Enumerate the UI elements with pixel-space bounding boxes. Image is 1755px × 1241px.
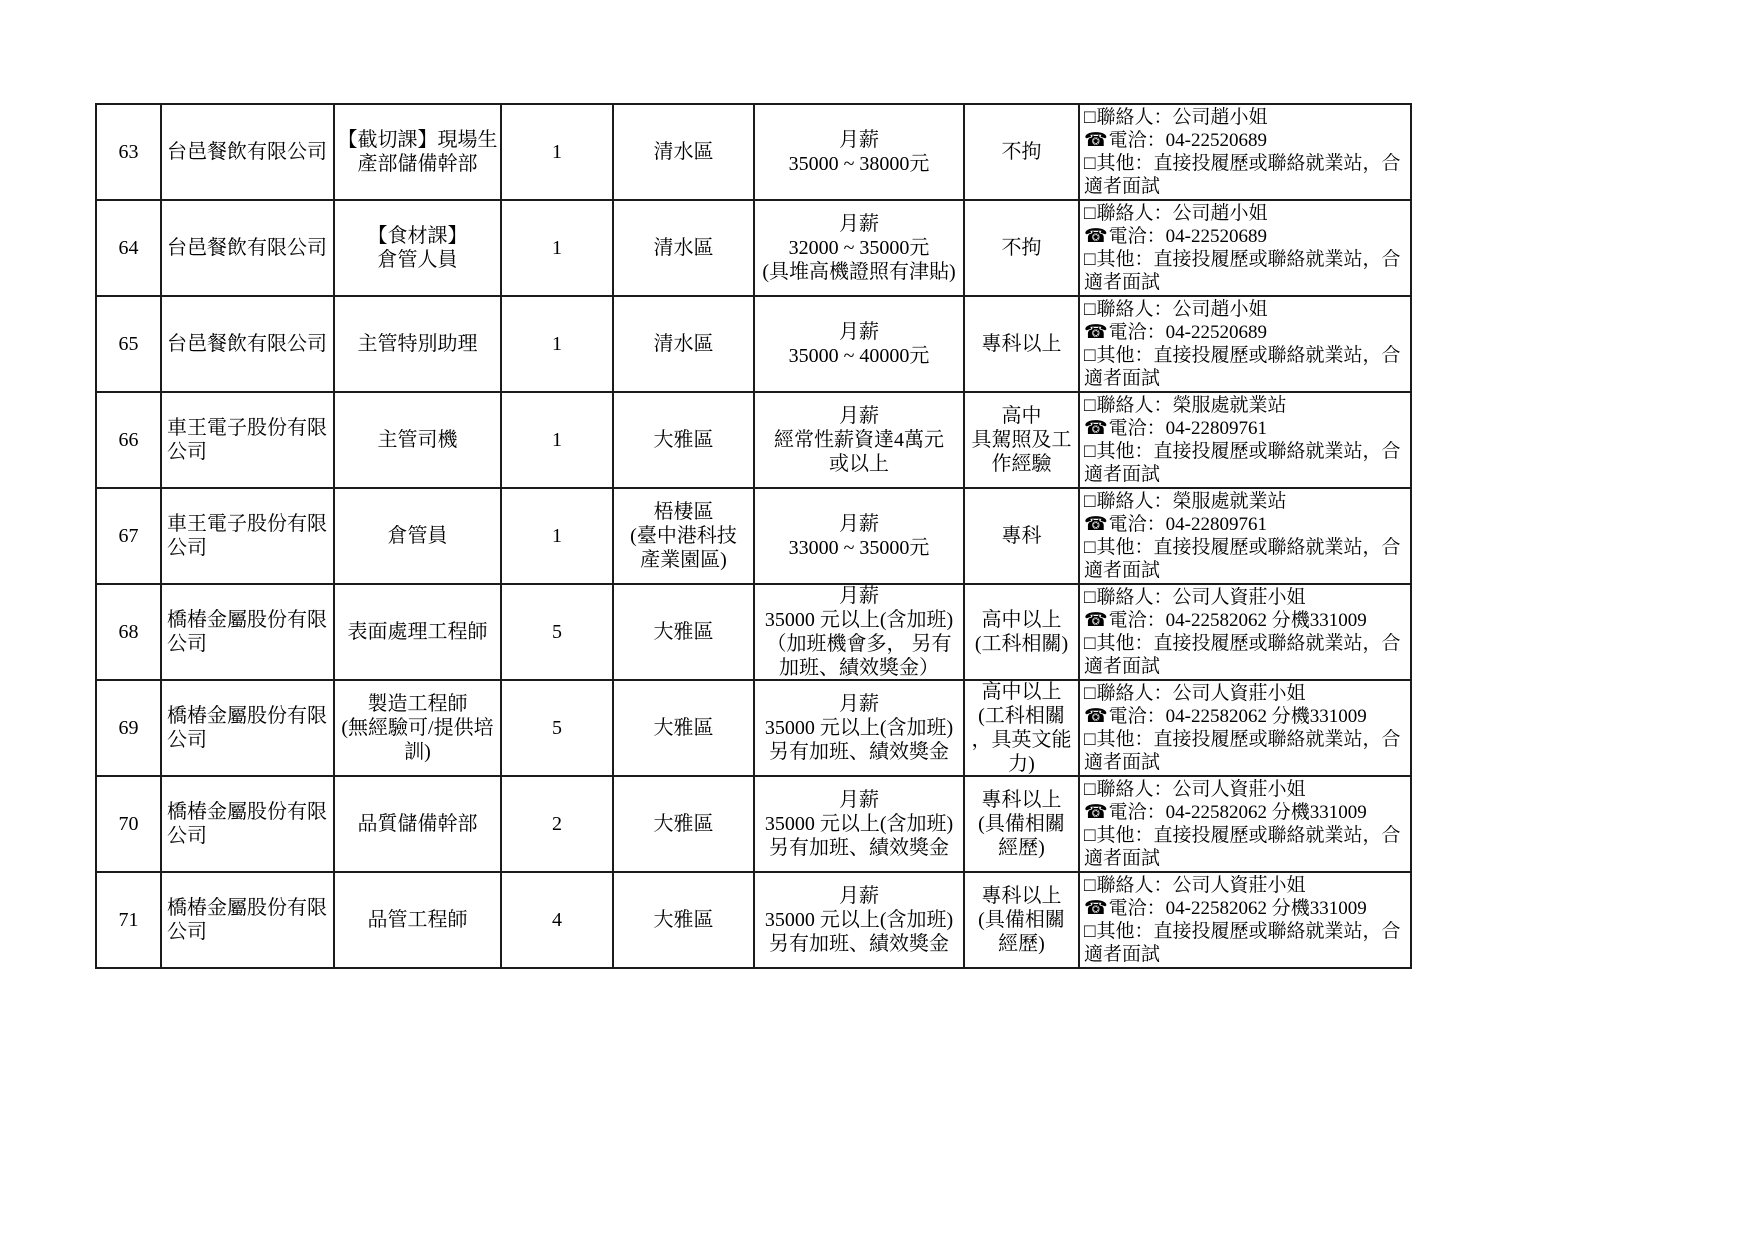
company-cell: 台邑餐飲有限公司 — [161, 200, 334, 296]
company-cell: 車王電子股份有限 公司 — [161, 392, 334, 488]
location-cell: 清水區 — [613, 200, 754, 296]
company-cell: 橋椿金屬股份有限 公司 — [161, 776, 334, 872]
job-title-cell: 品質儲備幹部 — [334, 776, 501, 872]
row-number-cell: 66 — [96, 392, 161, 488]
salary-cell: 月薪 經常性薪資達4萬元 或以上 — [754, 392, 964, 488]
contact-cell: □聯絡人：公司趙小姐 ☎電洽：04-22520689 □其他：直接投履歷或聯絡就… — [1079, 200, 1411, 296]
contact-phone-line: ☎電洽：04-22520689 — [1084, 129, 1408, 152]
contact-person-text: 聯絡人：公司人資莊小姐 — [1096, 779, 1305, 800]
row-number-cell: 67 — [96, 488, 161, 584]
contact-person-line: □聯絡人：榮服處就業站 — [1084, 394, 1408, 417]
salary-cell: 月薪 32000 ~ 35000元 (具堆高機證照有津貼) — [754, 200, 964, 296]
phone-icon: ☎ — [1084, 322, 1108, 343]
contact-phone-text: 電洽：04-22582062 分機331009 — [1109, 898, 1367, 919]
job-listings-table: 63 台邑餐飲有限公司 【截切課】現場生 產部儲備幹部 1 清水區 月薪 350… — [95, 103, 1412, 969]
salary-cell: 月薪 33000 ~ 35000元 — [754, 488, 964, 584]
jobs-table-body: 63 台邑餐飲有限公司 【截切課】現場生 產部儲備幹部 1 清水區 月薪 350… — [96, 104, 1411, 968]
company-cell: 橋椿金屬股份有限 公司 — [161, 680, 334, 776]
job-title-cell: 【食材課】 倉管人員 — [334, 200, 501, 296]
company-cell: 台邑餐飲有限公司 — [161, 296, 334, 392]
job-title-cell: 品管工程師 — [334, 872, 501, 968]
contact-other-text: 其他：直接投履歷或聯絡就業站，合適者面試 — [1084, 537, 1401, 581]
requirement-cell: 專科以上 (具備相關 經歷) — [964, 872, 1079, 968]
contact-person-line: □聯絡人：公司人資莊小姐 — [1084, 682, 1408, 705]
contact-person-line: □聯絡人：榮服處就業站 — [1084, 490, 1408, 513]
job-title-cell: 主管司機 — [334, 392, 501, 488]
openings-cell: 2 — [501, 776, 613, 872]
checkbox-icon: □ — [1084, 875, 1095, 896]
row-number-cell: 65 — [96, 296, 161, 392]
table-row: 69 橋椿金屬股份有限 公司 製造工程師 (無經驗可/提供培 訓) 5 大雅區 … — [96, 680, 1411, 776]
openings-cell: 4 — [501, 872, 613, 968]
phone-icon: ☎ — [1084, 898, 1108, 919]
requirement-cell: 高中 具駕照及工 作經驗 — [964, 392, 1079, 488]
company-cell: 橋椿金屬股份有限 公司 — [161, 872, 334, 968]
contact-phone-text: 電洽：04-22809761 — [1109, 514, 1267, 535]
contact-other-text: 其他：直接投履歷或聯絡就業站，合適者面試 — [1084, 825, 1401, 869]
table-row: 68 橋椿金屬股份有限 公司 表面處理工程師 5 大雅區 月薪 35000 元以… — [96, 584, 1411, 680]
salary-cell: 月薪 35000 元以上(含加班) 另有加班、績效獎金 — [754, 776, 964, 872]
job-title-cell: 製造工程師 (無經驗可/提供培 訓) — [334, 680, 501, 776]
checkbox-icon: □ — [1084, 921, 1095, 942]
contact-phone-line: ☎電洽：04-22809761 — [1084, 417, 1408, 440]
table-row: 70 橋椿金屬股份有限 公司 品質儲備幹部 2 大雅區 月薪 35000 元以上… — [96, 776, 1411, 872]
contact-person-text: 聯絡人：公司趙小姐 — [1096, 203, 1267, 224]
job-title-cell: 主管特別助理 — [334, 296, 501, 392]
phone-icon: ☎ — [1084, 514, 1108, 535]
phone-icon: ☎ — [1084, 130, 1108, 151]
contact-person-line: □聯絡人：公司趙小姐 — [1084, 106, 1408, 129]
contact-cell: □聯絡人：公司人資莊小姐 ☎電洽：04-22582062 分機331009 □其… — [1079, 680, 1411, 776]
contact-other-line: □其他：直接投履歷或聯絡就業站，合適者面試 — [1084, 248, 1408, 294]
phone-icon: ☎ — [1084, 802, 1108, 823]
row-number-cell: 70 — [96, 776, 161, 872]
checkbox-icon: □ — [1084, 825, 1095, 846]
contact-other-line: □其他：直接投履歷或聯絡就業站，合適者面試 — [1084, 632, 1408, 678]
location-cell: 梧棲區 (臺中港科技 產業園區) — [613, 488, 754, 584]
contact-other-line: □其他：直接投履歷或聯絡就業站，合適者面試 — [1084, 440, 1408, 486]
location-cell: 大雅區 — [613, 392, 754, 488]
openings-cell: 5 — [501, 680, 613, 776]
table-row: 67 車王電子股份有限 公司 倉管員 1 梧棲區 (臺中港科技 產業園區) 月薪… — [96, 488, 1411, 584]
contact-phone-text: 電洽：04-22520689 — [1109, 226, 1267, 247]
company-cell: 車王電子股份有限 公司 — [161, 488, 334, 584]
contact-cell: □聯絡人：公司人資莊小姐 ☎電洽：04-22582062 分機331009 □其… — [1079, 872, 1411, 968]
contact-cell: □聯絡人：榮服處就業站 ☎電洽：04-22809761 □其他：直接投履歷或聯絡… — [1079, 488, 1411, 584]
checkbox-icon: □ — [1084, 633, 1095, 654]
contact-phone-line: ☎電洽：04-22582062 分機331009 — [1084, 897, 1408, 920]
contact-other-line: □其他：直接投履歷或聯絡就業站，合適者面試 — [1084, 536, 1408, 582]
table-row: 71 橋椿金屬股份有限 公司 品管工程師 4 大雅區 月薪 35000 元以上(… — [96, 872, 1411, 968]
document-page: 63 台邑餐飲有限公司 【截切課】現場生 產部儲備幹部 1 清水區 月薪 350… — [0, 0, 1755, 1241]
table-row: 65 台邑餐飲有限公司 主管特別助理 1 清水區 月薪 35000 ~ 4000… — [96, 296, 1411, 392]
location-cell: 大雅區 — [613, 680, 754, 776]
location-cell: 清水區 — [613, 296, 754, 392]
location-cell: 大雅區 — [613, 584, 754, 680]
contact-other-line: □其他：直接投履歷或聯絡就業站，合適者面試 — [1084, 728, 1408, 774]
checkbox-icon: □ — [1084, 299, 1095, 320]
contact-cell: □聯絡人：榮服處就業站 ☎電洽：04-22809761 □其他：直接投履歷或聯絡… — [1079, 392, 1411, 488]
salary-cell: 月薪 35000 元以上(含加班) 另有加班、績效獎金 — [754, 872, 964, 968]
checkbox-icon: □ — [1084, 107, 1095, 128]
job-title-cell: 表面處理工程師 — [334, 584, 501, 680]
checkbox-icon: □ — [1084, 249, 1095, 270]
phone-icon: ☎ — [1084, 706, 1108, 727]
requirement-cell: 專科以上 (具備相關 經歷) — [964, 776, 1079, 872]
checkbox-icon: □ — [1084, 729, 1095, 750]
location-cell: 大雅區 — [613, 776, 754, 872]
phone-icon: ☎ — [1084, 226, 1108, 247]
checkbox-icon: □ — [1084, 587, 1095, 608]
table-row: 63 台邑餐飲有限公司 【截切課】現場生 產部儲備幹部 1 清水區 月薪 350… — [96, 104, 1411, 200]
checkbox-icon: □ — [1084, 153, 1095, 174]
requirement-cell: 專科以上 — [964, 296, 1079, 392]
contact-phone-line: ☎電洽：04-22582062 分機331009 — [1084, 705, 1408, 728]
contact-person-text: 聯絡人：榮服處就業站 — [1096, 491, 1286, 512]
company-cell: 台邑餐飲有限公司 — [161, 104, 334, 200]
contact-other-line: □其他：直接投履歷或聯絡就業站，合適者面試 — [1084, 152, 1408, 198]
row-number-cell: 71 — [96, 872, 161, 968]
contact-other-text: 其他：直接投履歷或聯絡就業站，合適者面試 — [1084, 729, 1401, 773]
contact-phone-text: 電洽：04-22520689 — [1109, 322, 1267, 343]
openings-cell: 1 — [501, 392, 613, 488]
contact-cell: □聯絡人：公司人資莊小姐 ☎電洽：04-22582062 分機331009 □其… — [1079, 776, 1411, 872]
contact-phone-line: ☎電洽：04-22809761 — [1084, 513, 1408, 536]
checkbox-icon: □ — [1084, 779, 1095, 800]
contact-phone-line: ☎電洽：04-22582062 分機331009 — [1084, 801, 1408, 824]
contact-other-line: □其他：直接投履歷或聯絡就業站，合適者面試 — [1084, 344, 1408, 390]
salary-cell: 月薪 35000 ~ 38000元 — [754, 104, 964, 200]
openings-cell: 1 — [501, 200, 613, 296]
row-number-cell: 69 — [96, 680, 161, 776]
contact-phone-text: 電洽：04-22809761 — [1109, 418, 1267, 439]
requirement-cell: 不拘 — [964, 104, 1079, 200]
contact-phone-text: 電洽：04-22582062 分機331009 — [1109, 610, 1367, 631]
checkbox-icon: □ — [1084, 345, 1095, 366]
contact-other-text: 其他：直接投履歷或聯絡就業站，合適者面試 — [1084, 633, 1401, 677]
job-title-cell: 倉管員 — [334, 488, 501, 584]
row-number-cell: 64 — [96, 200, 161, 296]
table-row: 64 台邑餐飲有限公司 【食材課】 倉管人員 1 清水區 月薪 32000 ~ … — [96, 200, 1411, 296]
salary-cell: 月薪 35000 ~ 40000元 — [754, 296, 964, 392]
contact-person-line: □聯絡人：公司趙小姐 — [1084, 298, 1408, 321]
checkbox-icon: □ — [1084, 203, 1095, 224]
company-cell: 橋椿金屬股份有限 公司 — [161, 584, 334, 680]
openings-cell: 5 — [501, 584, 613, 680]
contact-other-line: □其他：直接投履歷或聯絡就業站，合適者面試 — [1084, 824, 1408, 870]
checkbox-icon: □ — [1084, 491, 1095, 512]
contact-other-line: □其他：直接投履歷或聯絡就業站，合適者面試 — [1084, 920, 1408, 966]
location-cell: 清水區 — [613, 104, 754, 200]
phone-icon: ☎ — [1084, 610, 1108, 631]
contact-person-text: 聯絡人：公司人資莊小姐 — [1096, 875, 1305, 896]
row-number-cell: 68 — [96, 584, 161, 680]
requirement-cell: 專科 — [964, 488, 1079, 584]
table-row: 66 車王電子股份有限 公司 主管司機 1 大雅區 月薪 經常性薪資達4萬元 或… — [96, 392, 1411, 488]
requirement-cell: 高中以上 (工科相關) — [964, 584, 1079, 680]
contact-phone-line: ☎電洽：04-22582062 分機331009 — [1084, 609, 1408, 632]
contact-person-line: □聯絡人：公司趙小姐 — [1084, 202, 1408, 225]
contact-phone-line: ☎電洽：04-22520689 — [1084, 225, 1408, 248]
contact-person-text: 聯絡人：公司趙小姐 — [1096, 299, 1267, 320]
phone-icon: ☎ — [1084, 418, 1108, 439]
row-number-cell: 63 — [96, 104, 161, 200]
openings-cell: 1 — [501, 488, 613, 584]
contact-cell: □聯絡人：公司人資莊小姐 ☎電洽：04-22582062 分機331009 □其… — [1079, 584, 1411, 680]
contact-person-text: 聯絡人：榮服處就業站 — [1096, 395, 1286, 416]
contact-cell: □聯絡人：公司趙小姐 ☎電洽：04-22520689 □其他：直接投履歷或聯絡就… — [1079, 104, 1411, 200]
contact-person-line: □聯絡人：公司人資莊小姐 — [1084, 778, 1408, 801]
openings-cell: 1 — [501, 104, 613, 200]
requirement-cell: 不拘 — [964, 200, 1079, 296]
contact-phone-text: 電洽：04-22520689 — [1109, 130, 1267, 151]
openings-cell: 1 — [501, 296, 613, 392]
contact-person-line: □聯絡人：公司人資莊小姐 — [1084, 586, 1408, 609]
checkbox-icon: □ — [1084, 537, 1095, 558]
contact-other-text: 其他：直接投履歷或聯絡就業站，合適者面試 — [1084, 249, 1401, 293]
contact-other-text: 其他：直接投履歷或聯絡就業站，合適者面試 — [1084, 441, 1401, 485]
contact-other-text: 其他：直接投履歷或聯絡就業站，合適者面試 — [1084, 345, 1401, 389]
contact-cell: □聯絡人：公司趙小姐 ☎電洽：04-22520689 □其他：直接投履歷或聯絡就… — [1079, 296, 1411, 392]
contact-phone-text: 電洽：04-22582062 分機331009 — [1109, 802, 1367, 823]
checkbox-icon: □ — [1084, 441, 1095, 462]
contact-person-text: 聯絡人：公司人資莊小姐 — [1096, 587, 1305, 608]
contact-person-line: □聯絡人：公司人資莊小姐 — [1084, 874, 1408, 897]
location-cell: 大雅區 — [613, 872, 754, 968]
checkbox-icon: □ — [1084, 683, 1095, 704]
contact-person-text: 聯絡人：公司趙小姐 — [1096, 107, 1267, 128]
salary-cell: 月薪 35000 元以上(含加班) （加班機會多， 另有 加班、績效獎金） — [754, 584, 964, 680]
checkbox-icon: □ — [1084, 395, 1095, 416]
requirement-cell: 高中以上 (工科相關 ，具英文能 力) — [964, 680, 1079, 776]
contact-phone-line: ☎電洽：04-22520689 — [1084, 321, 1408, 344]
salary-cell: 月薪 35000 元以上(含加班) 另有加班、績效獎金 — [754, 680, 964, 776]
contact-person-text: 聯絡人：公司人資莊小姐 — [1096, 683, 1305, 704]
job-title-cell: 【截切課】現場生 產部儲備幹部 — [334, 104, 501, 200]
contact-phone-text: 電洽：04-22582062 分機331009 — [1109, 706, 1367, 727]
contact-other-text: 其他：直接投履歷或聯絡就業站，合適者面試 — [1084, 153, 1401, 197]
contact-other-text: 其他：直接投履歷或聯絡就業站，合適者面試 — [1084, 921, 1401, 965]
